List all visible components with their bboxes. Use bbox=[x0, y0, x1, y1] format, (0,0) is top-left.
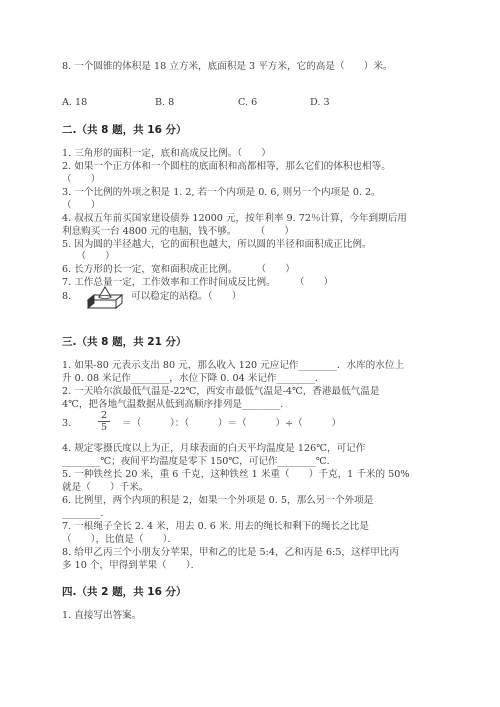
fraction: 2 5 bbox=[98, 410, 110, 433]
question-line: ＝（ ）：（ ）＝（ ）÷（ ） bbox=[122, 418, 341, 430]
question-text: 8. 一个圆锥的体积是 18 立方米，底面积是 3 平方米，它的高是（ ）米。 bbox=[62, 61, 393, 73]
section-header: 二.（共 8 题，共 16 分） bbox=[62, 122, 187, 137]
question-line: （ ） bbox=[62, 174, 100, 186]
question-line: 5. 一种铁丝长 20 米，重 6 千克，这种铁丝 1 米重（ ）千克，1 千米… bbox=[62, 469, 409, 481]
question-line: 6. 长方形的长一定，宽和面积成正比例。 （ ） bbox=[62, 264, 295, 276]
section-header: 四.（共 2 题，共 16 分） bbox=[62, 584, 187, 599]
option-b: B. 8 bbox=[155, 97, 174, 108]
question-line: （ ） bbox=[62, 251, 115, 263]
fraction-denominator: 5 bbox=[98, 422, 110, 433]
question-line: 4℃，把各地气温数据从低到高顺序排列是________． bbox=[62, 399, 290, 411]
question-line: 1. 三角形的面积一定，底和高成反比例。（ ） bbox=[62, 148, 271, 160]
option-c: C. 6 bbox=[238, 97, 257, 108]
question-line: 1. 如果-80 元表示支出 80 元，那么收入 120 元应记作_______… bbox=[62, 360, 404, 372]
fraction-numerator: 2 bbox=[98, 410, 110, 422]
question-line: 1. 直接写出答案。 bbox=[62, 610, 141, 622]
question-line: 8. bbox=[62, 291, 71, 303]
question-line: （ ），比值是（ ）． bbox=[62, 534, 177, 546]
option-a: A. 18 bbox=[62, 97, 87, 108]
question-line: 4. 叔叔五年前买国家建设债券 12000 元，按年利率 9. 72％计算，今年… bbox=[62, 213, 407, 225]
question-line: 8. 给甲乙丙三个小朋友分苹果，甲和乙的比是 5:4，乙和丙是 6:5，这样甲比… bbox=[62, 547, 399, 559]
question-line: ________． bbox=[62, 508, 110, 520]
question-line: 7. 一根绳子全长 2. 4 米，用去 0. 6 米. 用去的绳长和剩下的绳长之… bbox=[62, 521, 369, 533]
section-header: 三.（共 8 题，共 21 分） bbox=[62, 334, 187, 349]
question-line: 2. 如果一个正方体和一个圆柱的底面积和高都相等，那么它们的体积也相等。 bbox=[62, 161, 391, 173]
question-line: 5. 因为圆的半径越大，它的面积也越大，所以圆的半径和面积成正比例。 bbox=[62, 239, 372, 251]
question-line: 3. 一个比例的外项之积是 1. 2, 若一个内项是 0. 6, 则另一个内项是… bbox=[62, 187, 381, 199]
question-line: ________℃；夜间平均温度是零下 150℃，可记作________℃． bbox=[62, 456, 336, 468]
question-line: 2. 一天哈尔滨最低气温是-22℃，西安市最低气温是-4℃，香港最低气温是 bbox=[62, 386, 380, 398]
question-line: 6. 比例里，两个内项的积是 2，如果一个外项是 0. 5，那么另一个外项是 bbox=[62, 495, 373, 507]
question-line: 利息购买一台 4800 元的电脑，钱不够。 （ ） bbox=[62, 226, 294, 238]
question-line: 多 10 个，甲得到苹果（ ）． bbox=[62, 560, 200, 572]
question-line: 可以稳定的站稳。（ ） bbox=[131, 291, 241, 303]
option-d: D. 3 bbox=[310, 97, 330, 108]
cone-on-block-icon bbox=[86, 286, 124, 312]
question-number: 3. bbox=[62, 418, 71, 430]
question-line: 升 0. 08 米记作________，水位下降 0. 04 米记作______… bbox=[62, 373, 325, 385]
question-line: 4. 规定零摄氏度以上为正，月球表面的白天平均温度是 126℃，可记作 bbox=[62, 443, 365, 455]
question-line: （ ） bbox=[62, 200, 100, 212]
question-line: 就是（ ）千米。 bbox=[62, 482, 148, 494]
